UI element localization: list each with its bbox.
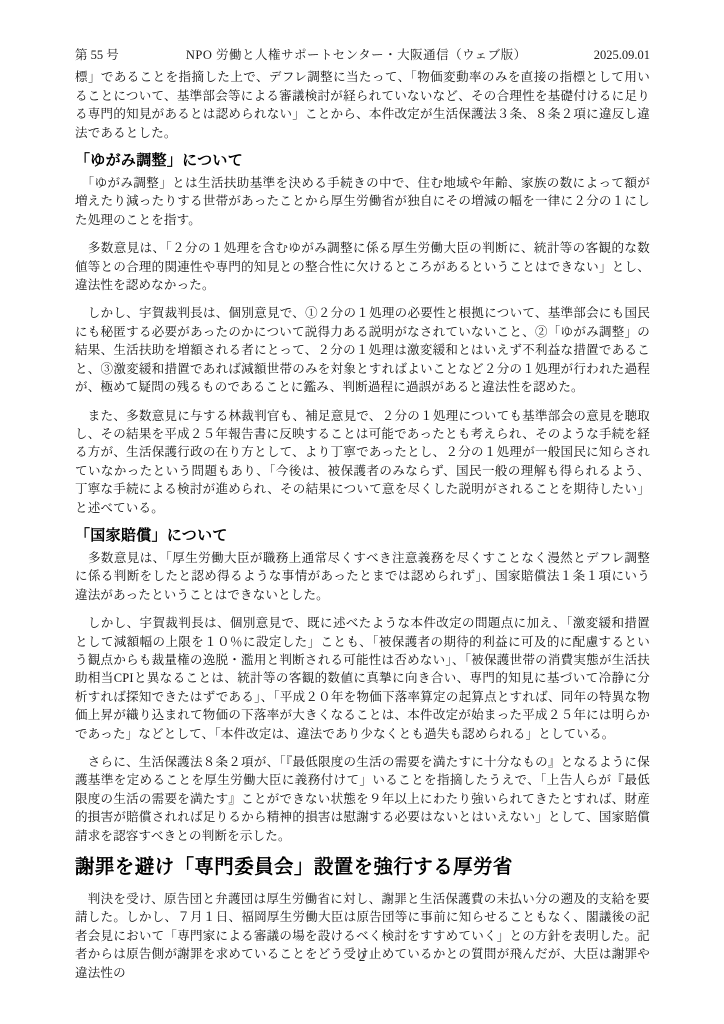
- page-header: 第 55 号 NPO 労働と人権サポートセンター・大阪通信（ウェブ版） 2025…: [75, 46, 650, 64]
- section-heading-kokka-baishou: 「国家賠償」について: [75, 526, 650, 546]
- newsletter-title: NPO 労働と人権サポートセンター・大阪通信（ウェブ版）: [119, 46, 594, 64]
- paragraph: さらに、生活保護法８条２項が、「『最低限度の生活の需要を満たすに十分なもの』とな…: [75, 753, 650, 845]
- main-heading-kourousho: 謝罪を避け「専門委員会」設置を強行する厚労省: [75, 854, 650, 881]
- document-page: 第 55 号 NPO 労働と人権サポートセンター・大阪通信（ウェブ版） 2025…: [0, 0, 724, 1024]
- paragraph: 「ゆがみ調整」とは生活扶助基準を決める手続きの中で、住む地域や年齢、家族の数によ…: [75, 174, 650, 229]
- paragraph: 多数意見は、「２分の１処理を含むゆがみ調整に係る厚生労働大臣の判断に、統計等の客…: [75, 239, 650, 294]
- paragraph: また、多数意見に与する林裁判官も、補足意見で、２分の１処理についても基準部会の意…: [75, 407, 650, 517]
- issue-number: 第 55 号: [75, 46, 119, 64]
- paragraph: しかし、宇賀裁判長は、個別意見で、既に述べたような本件改定の問題点に加え、「激変…: [75, 614, 650, 743]
- page-number: 2: [0, 948, 724, 966]
- section-heading-yugami-chousei: 「ゆがみ調整」について: [75, 151, 650, 171]
- paragraph: 多数意見は、「厚生労働大臣が職務上通常尽くすべき注意義務を尽くすことなく漫然とデ…: [75, 549, 650, 604]
- issue-date: 2025.09.01: [594, 46, 650, 64]
- paragraph: しかし、宇賀裁判長は、個別意見で、①２分の１処理の必要性と根拠について、基準部会…: [75, 304, 650, 396]
- continuation-paragraph: 標」であることを指摘した上で、デフレ調整に当たって、「物価変動率のみを直接の指標…: [75, 68, 650, 142]
- page-content: 第 55 号 NPO 労働と人権サポートセンター・大阪通信（ウェブ版） 2025…: [0, 0, 724, 982]
- paragraph: 判決を受け、原告団と弁護団は厚生労働省に対し、謝罪と生活保護費の未払い分の遡及的…: [75, 890, 650, 982]
